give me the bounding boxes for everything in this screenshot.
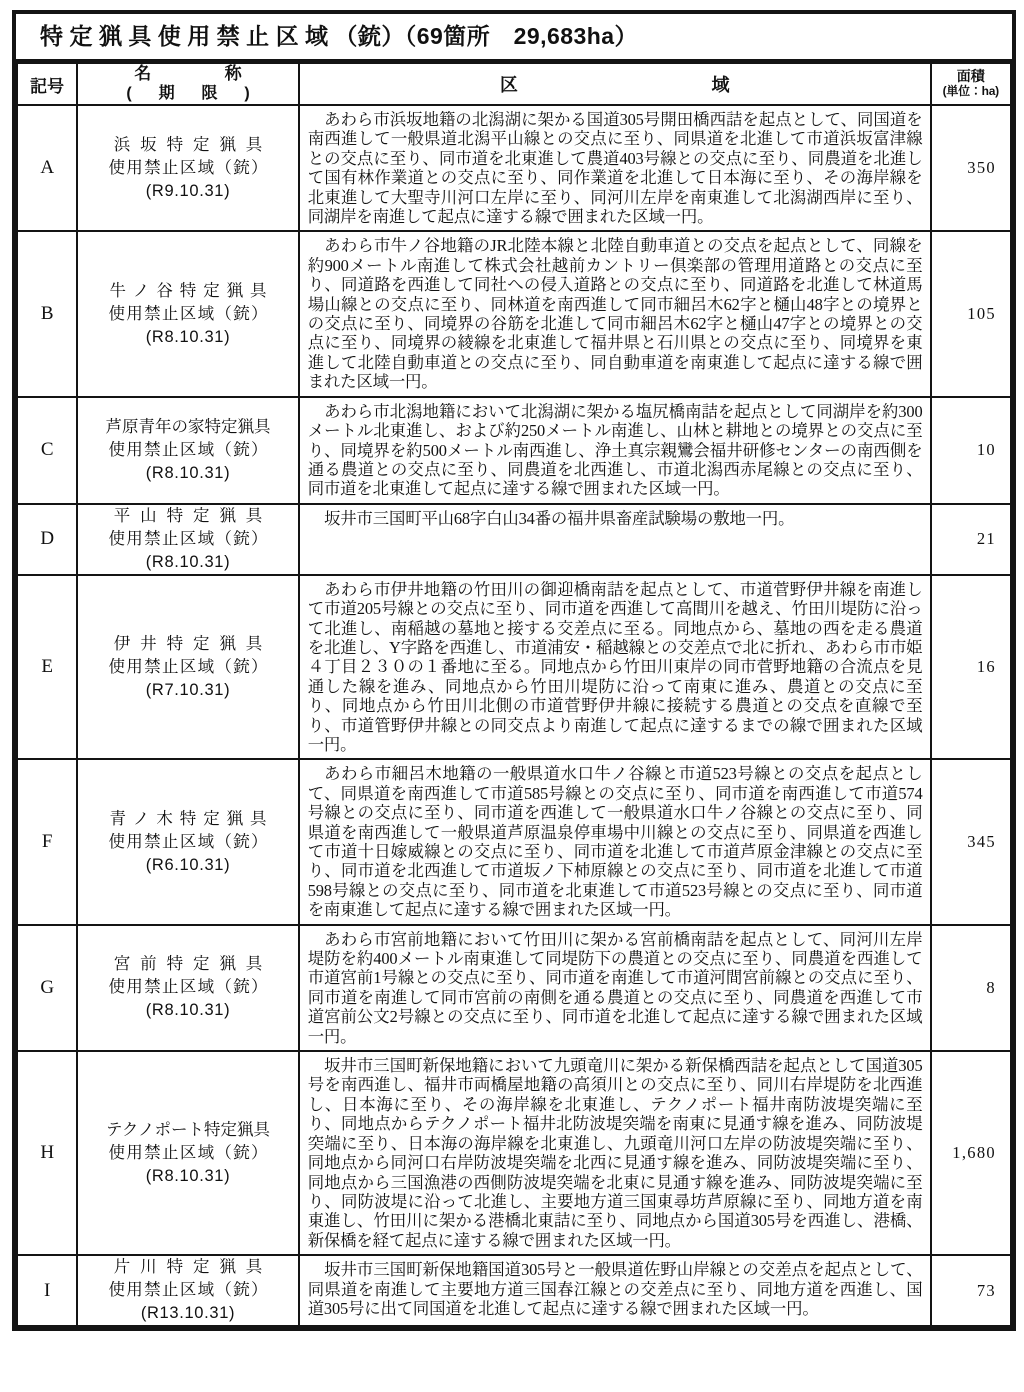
zone-period: (R8.10.31) xyxy=(78,462,297,485)
zone-area: 1,680 xyxy=(931,1051,1012,1255)
zone-area: 16 xyxy=(931,575,1012,760)
document-sheet: 特定猟具使用禁止区域（銃）（69箇所 29,683ha） 記号 名称 (期限) … xyxy=(12,10,1016,1331)
table-row: E 伊井特定猟具 使用禁止区域（銃） (R7.10.31) あわら市伊井地籍の竹… xyxy=(17,575,1011,760)
column-header-code: 記号 xyxy=(17,63,77,105)
zone-code: G xyxy=(17,925,77,1051)
zone-description-cell: 坂井市三国町新保地籍国道305号と一般県道佐野山岸線との交差点を起点として、同県… xyxy=(299,1255,931,1326)
zone-name: 青ノ木特定猟具 xyxy=(78,808,297,831)
zone-name-cell: 浜坂特定猟具 使用禁止区域（銃） (R9.10.31) xyxy=(77,105,298,231)
table-row: G 宮前特定猟具 使用禁止区域（銃） (R8.10.31) あわら市宮前地籍にお… xyxy=(17,925,1011,1051)
zone-name-cell: 芦原青年の家特定猟具 使用禁止区域（銃） (R8.10.31) xyxy=(77,397,298,504)
prohibited-zones-table: 記号 名称 (期限) 区域 面積 (単位：ha) A 浜坂特定猟具 使用禁止区域… xyxy=(16,62,1012,1327)
zone-name: 平山特定猟具 xyxy=(78,505,297,528)
table-row: D 平山特定猟具 使用禁止区域（銃） (R8.10.31) 坂井市三国町平山68… xyxy=(17,504,1011,575)
zone-description-cell: あわら市牛ノ谷地籍のJR北陸本線と北陸自動車道との交点を起点として、同線を約90… xyxy=(299,231,931,396)
zone-period: (R8.10.31) xyxy=(78,999,297,1022)
zone-name-cell: 片川特定猟具 使用禁止区域（銃） (R13.10.31) xyxy=(77,1255,298,1326)
column-header-area: 面積 (単位：ha) xyxy=(931,63,1012,105)
zone-description: 坂井市三国町新保地籍国道305号と一般県道佐野山岸線との交差点を起点として、同県… xyxy=(300,1256,930,1322)
zone-code: H xyxy=(17,1051,77,1255)
zone-description: あわら市北潟地籍において北潟湖に架かる塩尻橋南詰を起点として同湖岸を約300メー… xyxy=(300,398,930,503)
zone-name-cell: 牛ノ谷特定猟具 使用禁止区域（銃） (R8.10.31) xyxy=(77,231,298,396)
zone-name-suffix: 使用禁止区域（銃） xyxy=(78,1279,297,1302)
zone-name: 牛ノ谷特定猟具 xyxy=(78,280,297,303)
zone-name-suffix: 使用禁止区域（銃） xyxy=(78,656,297,679)
zone-period: (R8.10.31) xyxy=(78,1165,297,1188)
zone-period: (R8.10.31) xyxy=(78,551,297,574)
page-title-main: 特定猟具使用禁止区域 xyxy=(40,23,334,49)
zone-name: 片川特定猟具 xyxy=(78,1256,297,1279)
zone-name: 宮前特定猟具 xyxy=(78,953,297,976)
zone-name-cell: 青ノ木特定猟具 使用禁止区域（銃） (R6.10.31) xyxy=(77,759,298,924)
table-body: A 浜坂特定猟具 使用禁止区域（銃） (R9.10.31) あわら市浜坂地籍の北… xyxy=(17,105,1011,1326)
table-row: H テクノポート特定猟具 使用禁止区域（銃） (R8.10.31) 坂井市三国町… xyxy=(17,1051,1011,1255)
table-header: 記号 名称 (期限) 区域 面積 (単位：ha) xyxy=(17,63,1011,105)
zone-code: I xyxy=(17,1255,77,1326)
column-header-name-line1: 名称 xyxy=(78,64,297,84)
zone-description-cell: あわら市細呂木地籍の一般県道水口牛ノ谷線と市道523号線との交点を起点として、同… xyxy=(299,759,931,924)
zone-area: 10 xyxy=(931,397,1012,504)
zone-description-cell: あわら市浜坂地籍の北潟湖に架かる国道305号開田橋西詰を起点として、同国道を南西… xyxy=(299,105,931,231)
zone-description: あわら市宮前地籍において竹田川に架かる宮前橋南詰を起点として、同河川左岸堤防を約… xyxy=(300,926,930,1050)
zone-area: 345 xyxy=(931,759,1012,924)
zone-description-cell: 坂井市三国町平山68字白山34番の福井県畜産試験場の敷地一円。 xyxy=(299,504,931,575)
zone-code: F xyxy=(17,759,77,924)
column-header-area-line2: (単位：ha) xyxy=(932,84,1011,99)
zone-description: あわら市浜坂地籍の北潟湖に架かる国道305号開田橋西詰を起点として、同国道を南西… xyxy=(300,106,930,230)
zone-name-suffix: 使用禁止区域（銃） xyxy=(78,157,297,180)
page-title: 特定猟具使用禁止区域（銃）（69箇所 29,683ha） xyxy=(16,14,1012,62)
zone-description-cell: 坂井市三国町新保地籍において九頭竜川に架かる新保橋西詰を起点として国道305号を… xyxy=(299,1051,931,1255)
zone-description-cell: あわら市宮前地籍において竹田川に架かる宮前橋南詰を起点として、同河川左岸堤防を約… xyxy=(299,925,931,1051)
column-header-region-label: 区域 xyxy=(300,71,930,97)
zone-area: 105 xyxy=(931,231,1012,396)
zone-description: あわら市細呂木地籍の一般県道水口牛ノ谷線と市道523号線との交点を起点として、同… xyxy=(300,760,930,923)
page-title-suffix: （銃）（69箇所 29,683ha） xyxy=(334,23,638,49)
zone-name-suffix: 使用禁止区域（銃） xyxy=(78,1142,297,1165)
zone-name: 伊井特定猟具 xyxy=(78,633,297,656)
zone-name-suffix: 使用禁止区域（銃） xyxy=(78,439,297,462)
column-header-area-line1: 面積 xyxy=(932,69,1011,84)
zone-code: C xyxy=(17,397,77,504)
column-header-name-line2: (期限) xyxy=(78,84,297,104)
table-row: B 牛ノ谷特定猟具 使用禁止区域（銃） (R8.10.31) あわら市牛ノ谷地籍… xyxy=(17,231,1011,396)
zone-period: (R9.10.31) xyxy=(78,180,297,203)
zone-name-cell: テクノポート特定猟具 使用禁止区域（銃） (R8.10.31) xyxy=(77,1051,298,1255)
zone-area: 21 xyxy=(931,504,1012,575)
zone-description: 坂井市三国町新保地籍において九頭竜川に架かる新保橋西詰を起点として国道305号を… xyxy=(300,1052,930,1254)
zone-name-suffix: 使用禁止区域（銃） xyxy=(78,528,297,551)
zone-area: 8 xyxy=(931,925,1012,1051)
header-row: 記号 名称 (期限) 区域 面積 (単位：ha) xyxy=(17,63,1011,105)
zone-name: 芦原青年の家特定猟具 xyxy=(78,416,297,439)
zone-code: E xyxy=(17,575,77,760)
zone-name-suffix: 使用禁止区域（銃） xyxy=(78,303,297,326)
zone-code: A xyxy=(17,105,77,231)
zone-name: テクノポート特定猟具 xyxy=(78,1119,297,1142)
zone-period: (R13.10.31) xyxy=(78,1302,297,1325)
zone-code: B xyxy=(17,231,77,396)
zone-period: (R8.10.31) xyxy=(78,326,297,349)
zone-description-cell: あわら市伊井地籍の竹田川の御迎橋南詰を起点として、市道菅野伊井線を南進して市道2… xyxy=(299,575,931,760)
zone-name-cell: 平山特定猟具 使用禁止区域（銃） (R8.10.31) xyxy=(77,504,298,575)
zone-name-suffix: 使用禁止区域（銃） xyxy=(78,976,297,999)
zone-name-cell: 宮前特定猟具 使用禁止区域（銃） (R8.10.31) xyxy=(77,925,298,1051)
table-row: I 片川特定猟具 使用禁止区域（銃） (R13.10.31) 坂井市三国町新保地… xyxy=(17,1255,1011,1326)
zone-code: D xyxy=(17,504,77,575)
zone-period: (R7.10.31) xyxy=(78,679,297,702)
table-row: C 芦原青年の家特定猟具 使用禁止区域（銃） (R8.10.31) あわら市北潟… xyxy=(17,397,1011,504)
zone-name-suffix: 使用禁止区域（銃） xyxy=(78,831,297,854)
zone-period: (R6.10.31) xyxy=(78,854,297,877)
zone-description: 坂井市三国町平山68字白山34番の福井県畜産試験場の敷地一円。 xyxy=(300,505,930,532)
zone-area: 73 xyxy=(931,1255,1012,1326)
table-row: F 青ノ木特定猟具 使用禁止区域（銃） (R6.10.31) あわら市細呂木地籍… xyxy=(17,759,1011,924)
zone-name: 浜坂特定猟具 xyxy=(78,134,297,157)
zone-description-cell: あわら市北潟地籍において北潟湖に架かる塩尻橋南詰を起点として同湖岸を約300メー… xyxy=(299,397,931,504)
zone-description: あわら市牛ノ谷地籍のJR北陸本線と北陸自動車道との交点を起点として、同線を約90… xyxy=(300,232,930,395)
zone-description: あわら市伊井地籍の竹田川の御迎橋南詰を起点として、市道菅野伊井線を南進して市道2… xyxy=(300,576,930,759)
table-row: A 浜坂特定猟具 使用禁止区域（銃） (R9.10.31) あわら市浜坂地籍の北… xyxy=(17,105,1011,231)
column-header-name: 名称 (期限) xyxy=(77,63,298,105)
zone-name-cell: 伊井特定猟具 使用禁止区域（銃） (R7.10.31) xyxy=(77,575,298,760)
column-header-region: 区域 xyxy=(299,63,931,105)
zone-area: 350 xyxy=(931,105,1012,231)
